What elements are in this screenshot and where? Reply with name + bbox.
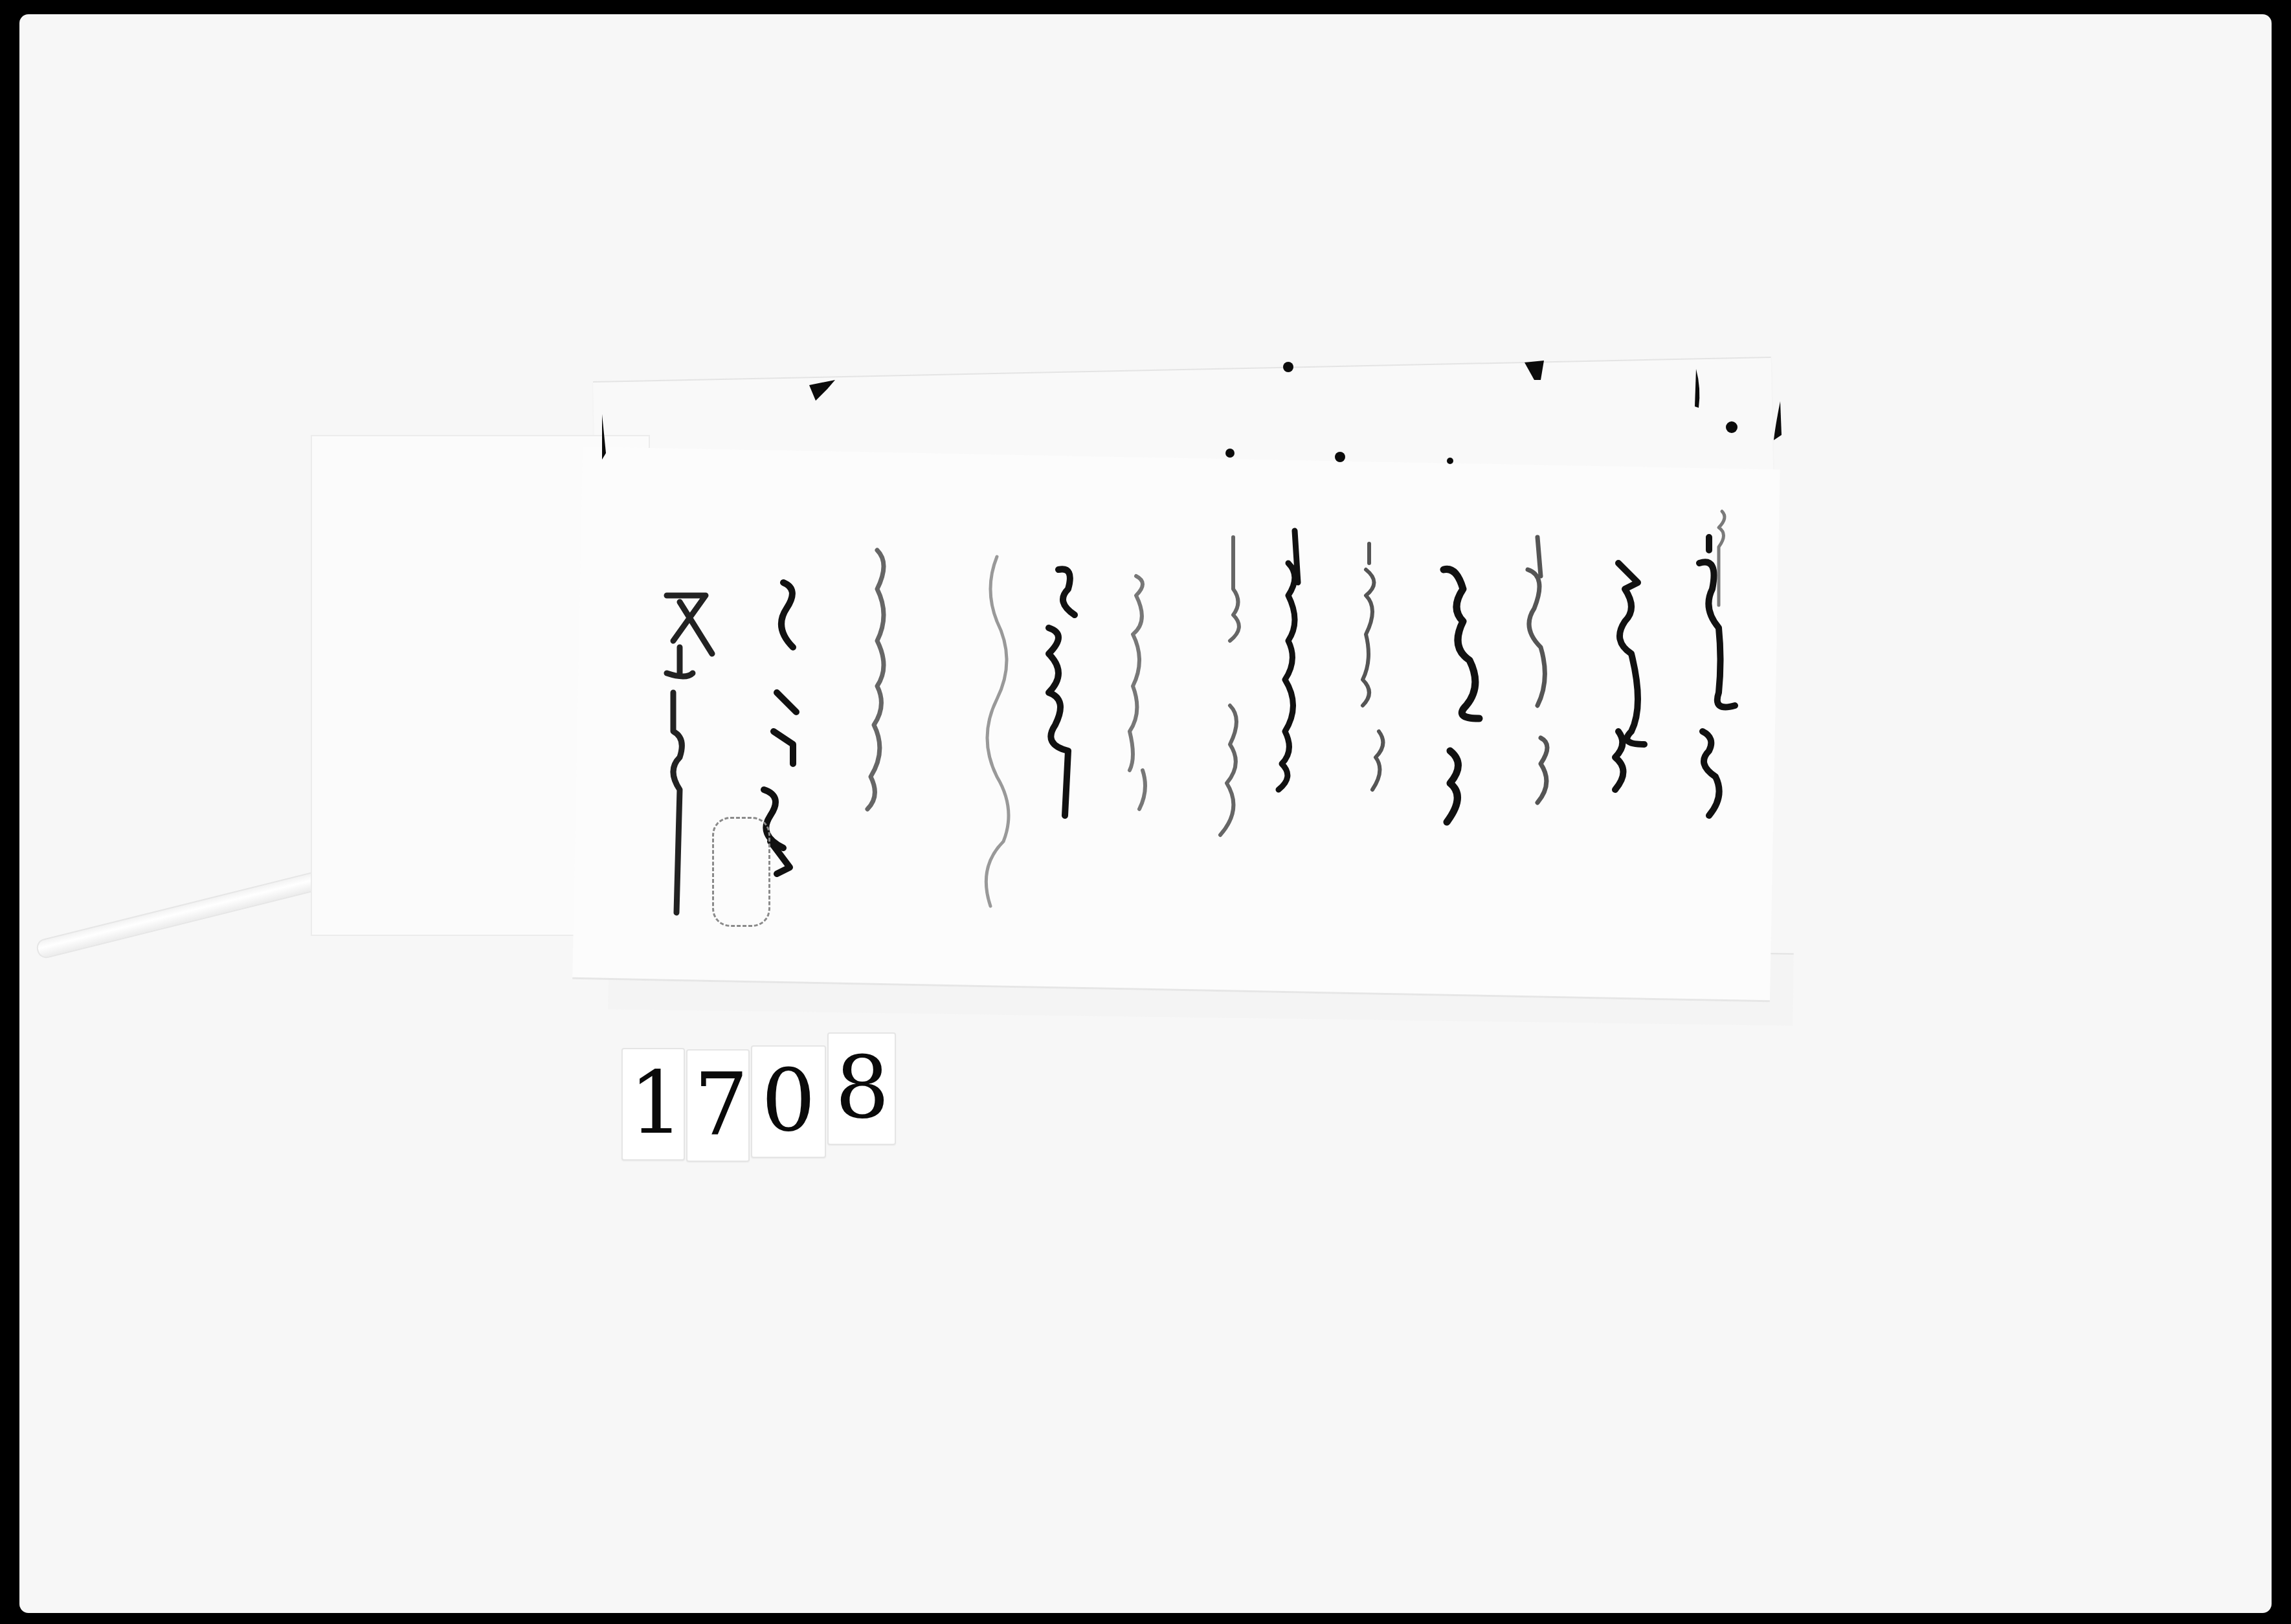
catalog-digit: 7 [686, 1049, 750, 1162]
catalog-digit: 8 [827, 1032, 896, 1145]
catalog-digit: 0 [751, 1045, 826, 1158]
catalog-digit: 1 [621, 1048, 685, 1161]
seal-stamp [712, 817, 770, 927]
catalog-number-tag: 1 7 0 8 [621, 1032, 896, 1151]
